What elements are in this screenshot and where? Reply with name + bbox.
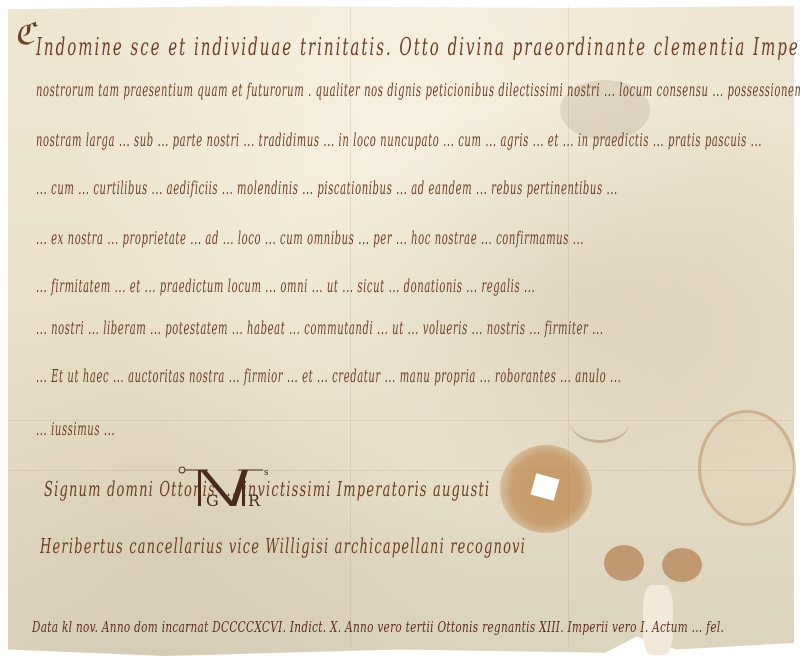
fold-line [8,470,794,471]
text-line: ... nostri ... liberam ... potestatem ..… [36,320,604,340]
imperial-monogram: G R s [178,466,268,510]
ring-stain [570,400,630,443]
text-line: ... Et ut haec ... auctoritas nostra ...… [36,368,621,388]
drop-stain [604,545,644,581]
svg-text:R: R [248,491,261,510]
text-line: ... firmitatem ... et ... praedictum loc… [36,278,535,298]
text-line: ... iussimus ... [36,421,115,441]
svg-text:s: s [264,468,268,478]
text-line: nostram larga ... sub ... parte nostri .… [36,132,762,152]
svg-text:G: G [206,491,219,510]
text-line: ... cum ... curtilibus ... aedificiis ..… [36,180,618,200]
fold-line [8,420,794,421]
title-line: Indomine sce et individuae trinitatis. O… [36,33,800,62]
drop-stain [662,548,702,582]
ring-stain [698,410,796,526]
decorated-initial: ℭ [14,10,38,60]
text-line: nostrorum tam praesentium quam et futuro… [36,82,800,102]
text-line: ... ex nostra ... proprietate ... ad ...… [36,230,584,250]
chancellor-line: Heribertus cancellarius vice Willigisi a… [40,536,526,560]
dating-line: Data kl nov. Anno dom incarnat DCCCCXCVI… [32,620,724,637]
